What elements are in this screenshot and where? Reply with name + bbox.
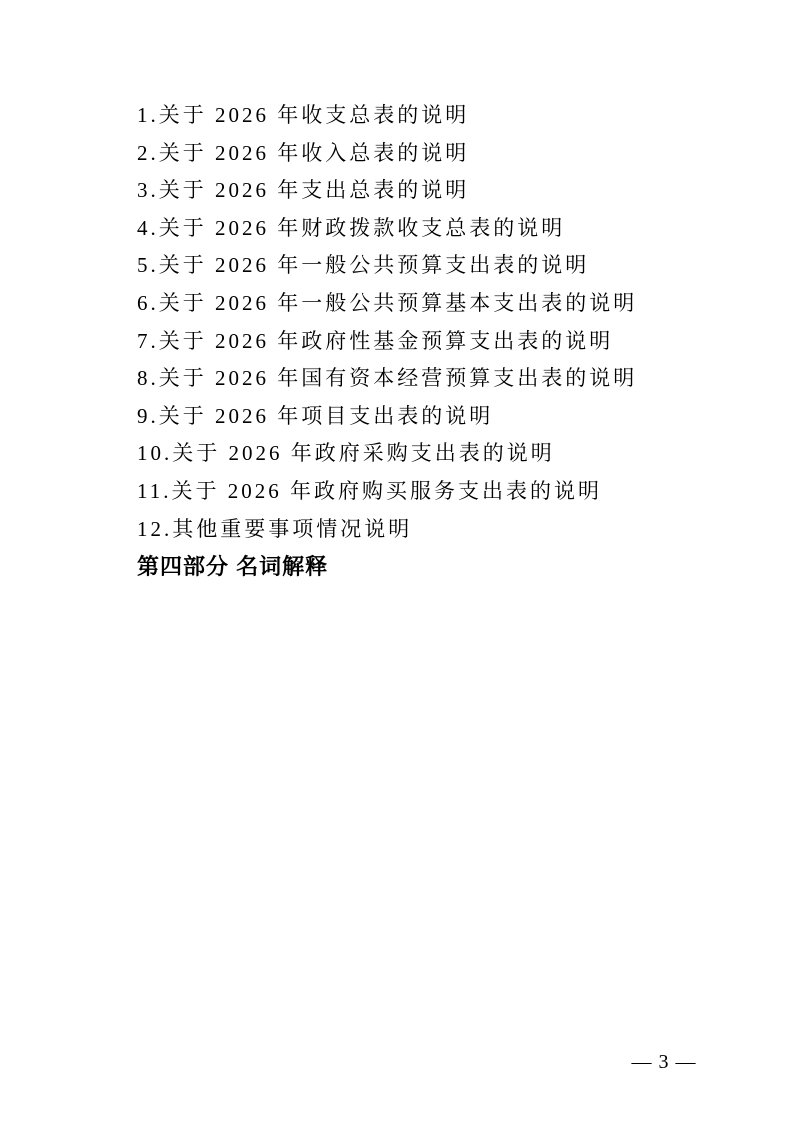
table-of-contents: 1.关于 2026 年收支总表的说明 2.关于 2026 年收入总表的说明 3.…: [137, 97, 637, 586]
toc-item-1: 1.关于 2026 年收支总表的说明: [137, 97, 637, 135]
document-page: 1.关于 2026 年收支总表的说明 2.关于 2026 年收入总表的说明 3.…: [0, 0, 793, 1122]
section-heading: 第四部分 名词解释: [137, 548, 637, 586]
toc-item-9: 9.关于 2026 年项目支出表的说明: [137, 398, 637, 436]
toc-item-11: 11.关于 2026 年政府购买服务支出表的说明: [137, 473, 637, 511]
toc-item-6: 6.关于 2026 年一般公共预算基本支出表的说明: [137, 285, 637, 323]
toc-item-3: 3.关于 2026 年支出总表的说明: [137, 172, 637, 210]
page-number: — 3 —: [594, 1049, 734, 1075]
toc-item-5: 5.关于 2026 年一般公共预算支出表的说明: [137, 247, 637, 285]
toc-item-12: 12.其他重要事项情况说明: [137, 511, 637, 549]
toc-item-2: 2.关于 2026 年收入总表的说明: [137, 135, 637, 173]
toc-item-10: 10.关于 2026 年政府采购支出表的说明: [137, 435, 637, 473]
toc-item-4: 4.关于 2026 年财政拨款收支总表的说明: [137, 210, 637, 248]
toc-item-7: 7.关于 2026 年政府性基金预算支出表的说明: [137, 323, 637, 361]
toc-item-8: 8.关于 2026 年国有资本经营预算支出表的说明: [137, 360, 637, 398]
